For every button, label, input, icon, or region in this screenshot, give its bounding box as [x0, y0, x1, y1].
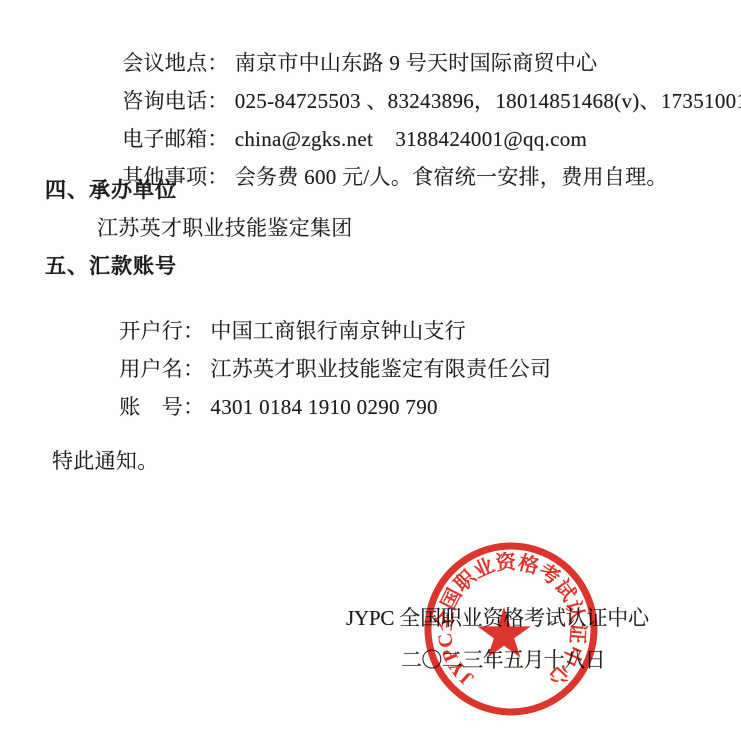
account-number-line: 账 号：4301 0184 1910 0290 790 [97, 368, 438, 446]
account-number-value: 4301 0184 1910 0290 790 [210, 395, 437, 419]
other-items-value: 会务费 600 元/人。食宿统一安排，费用自理。 [235, 165, 668, 189]
seal-star-icon [477, 607, 530, 658]
other-items-line: 其他事项：会务费 600 元/人。食宿统一安排，费用自理。 [100, 138, 668, 216]
notice-document-page: 会议地点：南京市中山东路 9 号天时国际商贸中心 咨询电话：025-847255… [0, 0, 741, 739]
closing-statement: 特此通知。 [52, 448, 159, 474]
section-four-heading: 四、承办单位 [45, 177, 177, 203]
official-seal-stamp: JYPC全国职业资格考试认证中心 [416, 534, 606, 724]
organizer-name: 江苏英才职业技能鉴定集团 [97, 215, 353, 241]
account-number-label: 账 号： [119, 395, 204, 419]
section-five-heading: 五、汇款账号 [45, 253, 177, 279]
